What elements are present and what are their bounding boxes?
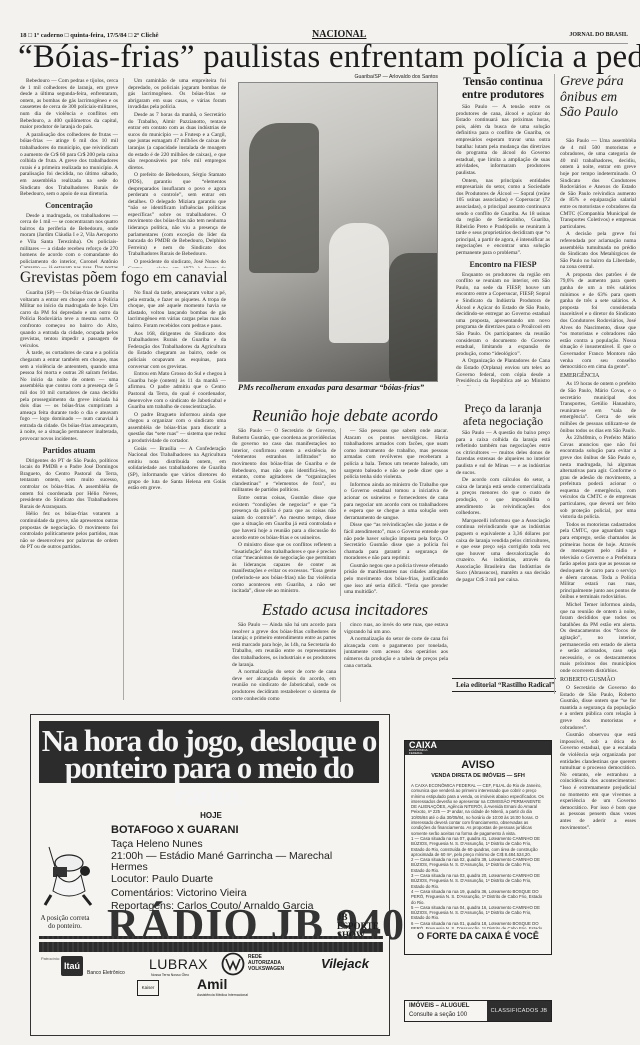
paragraph: À tarde, os cortadores de cana e a políc… (20, 350, 118, 442)
paragraph: A proposta dos patrões é de 79,6% de aum… (560, 272, 636, 371)
match-cup: Taça Heleno Nunes (111, 838, 351, 852)
aviso-item: 4 — Casa situada na rua 19, quadra 36, L… (411, 889, 545, 905)
paragraph: Michel Temer informou ainda, que na reun… (560, 602, 636, 675)
paragraph: Gusmão negou que a polícia tivesse efetu… (344, 563, 448, 596)
paragraph: A paralisação dos colhedores de frutas —… (20, 132, 118, 198)
caixa-slogan: O FORTE DA CAIXA É VOCÊ (405, 931, 551, 941)
aviso-item: 6 — Casa situada na rua 01, quadra 18, L… (411, 921, 545, 929)
dial-bar (39, 936, 383, 939)
paragraph: A Organização de Plantadores de Cana do … (456, 358, 550, 386)
estado-headline: Estado acusa incitadores (232, 600, 458, 620)
caixa-sub2: FEDERAL (409, 752, 423, 755)
paragraph: — São pessoas que sabem onde atacar. Ata… (344, 428, 448, 481)
paragraph: Dirigentes do PT de São Paulo, políticos… (20, 458, 118, 511)
newspaper-name: JORNAL DO BRASIL (569, 32, 628, 38)
radio-jb-advertisement: Na hora do jogo, desloque o ponteiro par… (30, 714, 390, 946)
news-photo (238, 82, 438, 382)
tensao-body: São Paulo — A tensão entre os produtores… (456, 104, 550, 386)
classif-line1: IMÓVEIS – ALUGUEL (409, 1003, 469, 1009)
paragraph: As 19 horas de ontem o prefeito de São P… (560, 381, 636, 434)
column-rule (123, 290, 124, 700)
aviso-item: 3 — Casa situada na rua 03, quadra 20, L… (411, 873, 545, 889)
dial-bar (39, 942, 383, 952)
radio-mascot-icon (41, 845, 97, 911)
paragraph: A decisão pela greve foi referendada por… (560, 231, 636, 271)
column-rule (123, 78, 124, 266)
paragraph: São Paulo — Uma assembléia de 4 mil 500 … (560, 138, 636, 230)
ad-banner-slogan: Na hora do jogo, desloque o ponteiro par… (39, 721, 379, 783)
mascot-caption: A posição correta do ponteiro. (37, 915, 93, 930)
column-rule (340, 428, 341, 596)
photo-figure (389, 253, 438, 382)
paragraph: Às 22h40min, o Prefeito Mário Covas anun… (560, 435, 636, 521)
aviso-intro: A CAIXA ECONÔMICA FEDERAL — CEF, FILIAL … (411, 783, 545, 836)
paragraph: O Secretário de Governo do Estado de São… (560, 685, 636, 731)
subhead-fiesp: Encontro na FIESP (456, 259, 550, 270)
classif-line2: Consulte a seção 100 (409, 1012, 467, 1018)
photo-figure (329, 223, 389, 343)
aviso-item: 2 — Casa situada na rua 02, quadra 39, L… (411, 857, 545, 873)
paragraph: O ministro disse que os conflitos reflet… (232, 542, 336, 595)
subhead-gusmao: ROBERTO GUSMÃO (560, 677, 636, 684)
aviso-item: 5 — Casa situada na rua 04, quadra 16, L… (411, 905, 545, 921)
paragraph: No final da tarde, ameaçaram voltar a pé… (128, 290, 226, 330)
paragraph: Informou ainda ao ministro do Trabalho q… (344, 482, 448, 522)
itau-logo: Itaú (61, 956, 83, 976)
caixa-advertisement: CAIXA ECONÔMICA FEDERAL AVISO VENDA DIRE… (404, 740, 552, 955)
paragraph: Entre outras coisas, Gusmão disse que ex… (232, 495, 336, 541)
paragraph: A normalização do setor de corte de cana… (344, 636, 448, 669)
lubrax-logo: LUBRAX (149, 956, 208, 972)
greve-onibus-body: São Paulo — Uma assembléia de 4 mil 500 … (560, 138, 636, 1018)
grevistas-col1: Guariba (SP) — Os bóias-frias de Guariba… (20, 290, 118, 700)
paragraph: De acordo com cálculos do setor, a caixa… (456, 477, 550, 517)
itau-tagline: Banco Eletrônico (87, 970, 125, 976)
match-title: BOTAFOGO X GUARANI (111, 824, 351, 838)
ad-hoje-label: HOJE (31, 811, 391, 820)
subhead-partidos: Partidos atuam (20, 445, 118, 456)
reuniao-col2: — São pessoas que sabem onde atacar. Ata… (344, 428, 448, 596)
vilejack-logo: Vilejack (321, 956, 369, 971)
folio-date: 18 □ 1º caderno □ quinta-feira, 17/5/84 … (20, 32, 158, 39)
reuniao-col1: São Paulo — O Secretário de Governo, Rob… (232, 428, 336, 596)
match-comentarios: Comentários: Victorino Vieira (111, 887, 351, 901)
paragraph: O presidente do sindicato, José Nunes do… (128, 259, 226, 268)
photo-caption: PMs recolheram enxadas para desarmar “bó… (238, 383, 448, 392)
preco-body: São Paulo — A questão do baixo preço par… (456, 430, 550, 676)
paragraph: São Paulo — O Secretário de Governo, Rob… (232, 428, 336, 494)
paragraph: Goiás — Brasília — A Confederação Nacion… (128, 446, 226, 492)
paragraph: São Paulo — A questão do baixo preço par… (456, 430, 550, 476)
paragraph: Gusmão observou que está impossível, sob… (560, 732, 636, 831)
paragraph: São Paulo — A tensão entre os produtores… (456, 104, 550, 177)
paragraph: Todos os motoristas cadastrados pela CMT… (560, 522, 636, 601)
aviso-item: 1 — Casa situada na rua 07, quadra 41, L… (411, 836, 545, 857)
tensao-headline: Tensão continua entre produtores (456, 76, 550, 102)
photo-credit: Guariba/SP — Arlovaldo dos Santos (238, 74, 438, 80)
lead-story-col1: Bebedouro — Com pedras e tijolos, cerca … (20, 78, 118, 268)
editorial-link[interactable]: Leia editorial “Rastilho Radical” (452, 678, 556, 692)
reuniao-headline: Reunião hoje debate acordo (232, 406, 458, 426)
paragraph: Hélio fez os bóias-frias votarem a conti… (20, 511, 118, 551)
main-headline: “Bóias-frias” paulistas enfrentam políci… (18, 39, 634, 75)
column-rule (340, 622, 341, 702)
estado-col1: São Paulo — Ainda não há um acordo para … (232, 622, 336, 702)
vw-dealer-text: REDE AUTORIZADA VOLKSWAGEN (248, 954, 284, 972)
grevistas-col2: No final da tarde, ameaçaram voltar a pé… (128, 290, 226, 700)
paragraph: cinco ruas, ao invés do sete ruas, que e… (344, 622, 448, 635)
paragraph: Um caminhão de uma empreiteira foi depre… (128, 78, 226, 111)
paragraph: Entrou em Mato Grosso do Sul e chegou à … (128, 371, 226, 411)
paragraph: São Paulo — Ainda não há um acordo para … (232, 622, 336, 668)
paragraph: Bebedouro — Com pedras e tijolos, cerca … (20, 78, 118, 131)
paragraph: A normalização do setor de corte de cana… (232, 669, 336, 702)
lubrax-tagline: Nossa Terra Nosso Óleo (151, 973, 189, 977)
match-time-place: 21:00h — Estádio Mané Garrincha — Marech… (111, 851, 351, 873)
subhead-emergencia: EMERGÊNCIA (560, 373, 636, 380)
lead-story-col2: Um caminhão de uma empreiteira foi depre… (128, 78, 226, 268)
aviso-subtitle: VENDA DIRETA DE IMÓVEIS — SFH (405, 773, 551, 779)
paragraph: Desde as 7 horas da manhã, o Secretário … (128, 112, 226, 171)
subhead-concentracao: Concentração (20, 200, 118, 211)
greve-onibus-headline: Greve pára ônibus em São Paulo (560, 74, 636, 121)
amil-logo: Amil (197, 976, 227, 992)
paragraph: Ontem, nas principais entidades empresar… (456, 178, 550, 257)
paragraph: Guariba (SP) — Os bóias-frias de Guariba… (20, 290, 118, 349)
paragraph: Desde a madrugada, os trabalhadores — ce… (20, 213, 118, 268)
classificados-ad: IMÓVEIS – ALUGUEL Consulte a seção 100 C… (404, 1000, 552, 1022)
preco-headline: Preço da laranja afeta negociação (456, 402, 550, 428)
radio-ad-sponsors: Patrocínio: Itaú Banco Eletrônico LUBRAX… (30, 936, 390, 1036)
sponsors-label: Patrocínio: (41, 956, 60, 961)
aviso-body: A CAIXA ECONÔMICA FEDERAL — CEF, FILIAL … (411, 783, 545, 929)
vw-line: VOLKSWAGEN (248, 966, 284, 972)
paragraph: Enquanto os produtores da região em conf… (456, 272, 550, 358)
grevistas-headline: Grevistas põem fogo em canavial (20, 268, 226, 288)
column-rule (554, 74, 555, 694)
aviso-title: AVISO (405, 759, 551, 771)
kaiser-logo: Kaiser (137, 980, 159, 996)
classificados-jb-logo: CLASSIFICADOS JB (487, 1001, 551, 1021)
match-locutor: Locutor: Paulo Duarte (111, 873, 351, 887)
paragraph: O padre Bragueto informou ainda que cheg… (128, 412, 226, 445)
paragraph: Disse que “as reivindicações são justas … (344, 522, 448, 562)
photo-figure (249, 123, 319, 273)
estado-col2: cinco ruas, ao invés do sete ruas, que e… (344, 622, 448, 702)
paragraph: O prefeito de Bebedouro, Sérgio Stamato … (128, 172, 226, 258)
paragraph: Marquezelli informou que a Associação co… (456, 518, 550, 584)
amil-tagline: Assistência Médica Internacional (197, 993, 248, 997)
volkswagen-logo-icon (221, 952, 245, 976)
paragraph: Aos 168, dirigentes do Sindicato dos Tra… (128, 331, 226, 371)
